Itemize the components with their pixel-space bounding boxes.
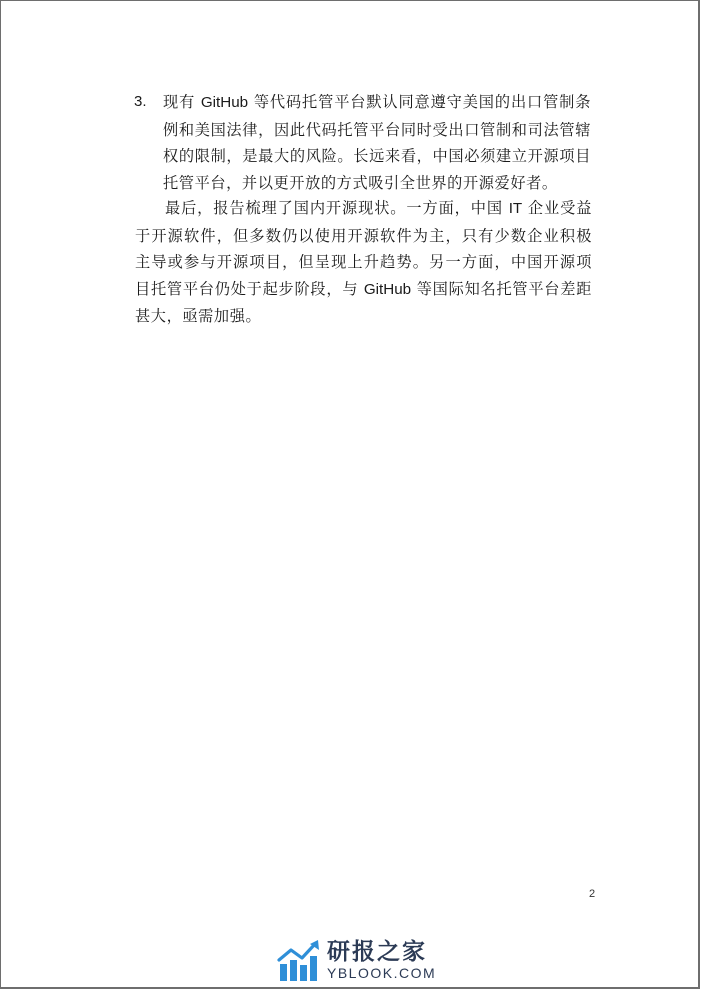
bar-chart-trend-icon [277,938,321,982]
numbered-list-item: 3. 现有 GitHub 等代码托管平台默认同意遵守美国的出口管制条例和美国法律… [134,89,594,196]
summary-paragraph: 最后，报告梳理了国内开源现状。一方面，中国 IT 企业受益于开源软件，但多数仍以… [135,195,592,330]
page-number: 2 [589,888,595,900]
watermark-name-cn: 研报之家 [327,940,436,965]
document-page: 3. 现有 GitHub 等代码托管平台默认同意遵守美国的出口管制条例和美国法律… [0,0,700,989]
text-run-latin: IT [509,200,523,217]
list-item-text: 现有 GitHub 等代码托管平台默认同意遵守美国的出口管制条例和美国法律，因此… [163,89,591,196]
list-number: 3. [134,89,147,115]
watermark-name-en: YBLOOK.COM [327,965,436,981]
text-run-latin: GitHub [201,94,248,111]
watermark-text: 研报之家 YBLOOK.COM [327,940,436,981]
text-run: 现有 [163,93,201,111]
watermark-logo: 研报之家 YBLOOK.COM [277,938,436,982]
text-run-latin: GitHub [364,281,411,298]
text-run: 最后，报告梳理了国内开源现状。一方面，中国 [165,199,509,217]
